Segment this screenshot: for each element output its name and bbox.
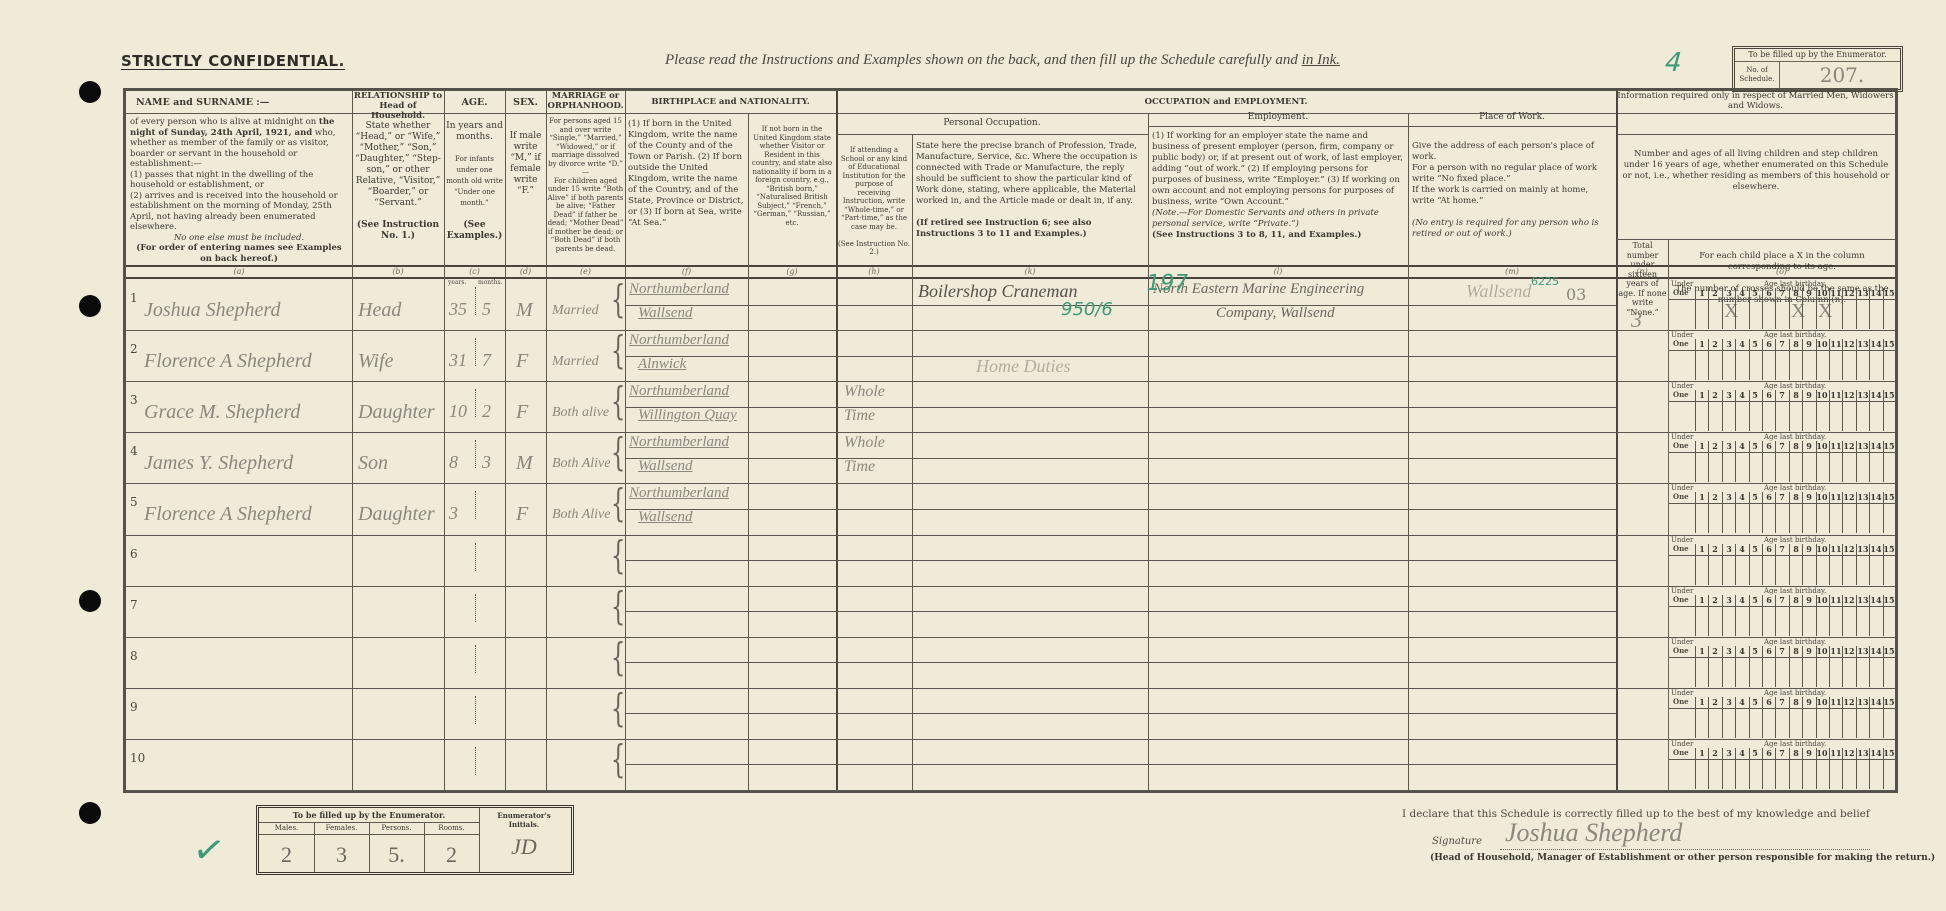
header-children-info: Information required only in respect of … bbox=[1616, 91, 1895, 111]
row-divider bbox=[126, 739, 1895, 740]
instr-employment: (1) If working for an employer state the… bbox=[1152, 131, 1404, 241]
age-divider bbox=[475, 389, 476, 417]
instr-place-of-work: Give the address of each person's place … bbox=[1412, 141, 1612, 240]
one-label: One bbox=[1673, 697, 1689, 706]
age-divider bbox=[475, 440, 476, 468]
person-name: Grace M. Shepherd bbox=[144, 401, 300, 424]
school-attendance-2: Time bbox=[844, 458, 875, 476]
one-label: One bbox=[1673, 288, 1689, 297]
enumerator-box: To be filled up by the Enumerator. Enume… bbox=[256, 805, 574, 875]
age-label: Age last birthday. bbox=[1764, 638, 1826, 646]
check-mark: ✓ bbox=[189, 826, 228, 875]
header-sex: SEX. bbox=[505, 97, 546, 108]
relationship: Daughter bbox=[358, 503, 435, 526]
marriage-status: Both Alive bbox=[552, 456, 610, 472]
age-grid-line bbox=[1669, 657, 1896, 658]
instr-marriage: For persons aged 15 and over write “Sing… bbox=[547, 117, 624, 253]
age-number: 15 bbox=[1879, 697, 1899, 707]
row-divider bbox=[126, 688, 1895, 689]
child-age-grid: UnderOneAge last birthday.12345678910111… bbox=[1668, 382, 1896, 432]
punch-hole bbox=[79, 590, 101, 612]
header-name: NAME and SURNAME :— bbox=[126, 97, 352, 108]
age-divider bbox=[475, 287, 476, 315]
brace-icon: { bbox=[611, 584, 626, 628]
under-label: Under bbox=[1671, 689, 1693, 697]
birth-county: Northumberland bbox=[629, 434, 729, 451]
header-relationship: RELATIONSHIP to Head of Household. bbox=[352, 91, 444, 121]
punch-hole bbox=[79, 295, 101, 317]
household-schedule-table: NAME and SURNAME :— RELATIONSHIP to Head… bbox=[123, 88, 1898, 793]
row-number: 3 bbox=[130, 393, 138, 407]
children-total: 3 bbox=[1631, 307, 1642, 333]
row-divider bbox=[126, 483, 1895, 484]
instr-sex: If male write “M,” if female write “F.” bbox=[507, 131, 544, 197]
child-age-grid: UnderOneAge last birthday.12345678910111… bbox=[1668, 689, 1896, 739]
marriage-status: Both Alive bbox=[552, 507, 610, 523]
brace-icon: { bbox=[611, 686, 626, 730]
header-age: AGE. bbox=[444, 97, 505, 108]
marriage-status: Married bbox=[552, 354, 599, 370]
instr-total-children: Total number under sixteen years of age.… bbox=[1617, 241, 1668, 317]
place-of-work: Wallsend bbox=[1466, 281, 1531, 302]
row-half-divider bbox=[625, 764, 748, 765]
row-half-divider bbox=[748, 611, 1616, 612]
age-number: 15 bbox=[1879, 441, 1899, 451]
instr-age: In years and months.For infants under on… bbox=[446, 121, 503, 242]
row-divider bbox=[126, 535, 1895, 536]
age-label: Age last birthday. bbox=[1764, 331, 1826, 339]
page-title: STRICTLY CONFIDENTIAL. bbox=[121, 52, 345, 70]
row-half-divider bbox=[748, 560, 1616, 561]
marriage-status: Married bbox=[552, 303, 599, 319]
age-number: 15 bbox=[1879, 646, 1899, 656]
personal-occupation: Boilershop Craneman bbox=[918, 281, 1078, 302]
age-grid-line bbox=[1669, 299, 1896, 300]
age-label: Age last birthday. bbox=[1764, 280, 1826, 288]
row-number: 2 bbox=[130, 342, 138, 356]
instr-name: of every person who is alive at midnight… bbox=[130, 117, 348, 264]
under-label: Under bbox=[1671, 638, 1693, 646]
age-years: 31 bbox=[449, 350, 467, 371]
row-half-divider bbox=[748, 713, 1616, 714]
child-age-grid: UnderOneAge last birthday.123X45678X910X… bbox=[1668, 280, 1896, 330]
age-number: 15 bbox=[1879, 339, 1899, 349]
under-label: Under bbox=[1671, 587, 1693, 595]
row-half-divider bbox=[748, 407, 1616, 408]
rooms-count: 2 bbox=[424, 842, 479, 868]
instr-education: If attending a School or any kind of Edu… bbox=[838, 146, 910, 257]
age-number: 15 bbox=[1879, 288, 1899, 298]
row-number: 4 bbox=[130, 444, 138, 458]
row-half-divider bbox=[748, 356, 1616, 357]
age-label: Age last birthday. bbox=[1764, 484, 1826, 492]
age-grid-line bbox=[1669, 452, 1896, 453]
child-age-grid: UnderOneAge last birthday.12345678910111… bbox=[1668, 740, 1896, 790]
instr-nationality: If not born in the United Kingdom state … bbox=[750, 125, 834, 227]
age-grid-line bbox=[1669, 606, 1896, 607]
occupation-code: 950/6 bbox=[1061, 299, 1113, 320]
row-half-divider bbox=[625, 713, 748, 714]
age-months: 2 bbox=[482, 401, 491, 422]
age-years: 3 bbox=[449, 503, 458, 524]
one-label: One bbox=[1673, 441, 1689, 450]
age-years: 8 bbox=[449, 452, 458, 473]
row-half-divider bbox=[625, 662, 748, 663]
signature-note: (Head of Household, Manager of Establish… bbox=[1430, 853, 1935, 863]
employer-name-2: Company, Wallsend bbox=[1216, 305, 1335, 322]
school-attendance: Whole bbox=[844, 434, 885, 452]
person-name: James Y. Shepherd bbox=[144, 452, 293, 475]
age-label: Age last birthday. bbox=[1764, 433, 1826, 441]
age-label: Age last birthday. bbox=[1764, 587, 1826, 595]
age-grid-line bbox=[1669, 555, 1896, 556]
age-label: Age last birthday. bbox=[1764, 689, 1826, 697]
row-half-divider bbox=[748, 509, 1616, 510]
age-label: Age last birthday. bbox=[1764, 382, 1826, 390]
males-count: 2 bbox=[259, 842, 314, 868]
under-label: Under bbox=[1671, 280, 1693, 288]
age-grid-line bbox=[1669, 708, 1896, 709]
employment-code: 197 bbox=[1144, 271, 1190, 296]
age-months: 7 bbox=[482, 350, 491, 371]
signature: Joshua Shepherd bbox=[1505, 818, 1682, 848]
header-marriage: MARRIAGE or ORPHANHOOD. bbox=[546, 91, 625, 111]
age-cell-mark[interactable]: X bbox=[1818, 300, 1832, 323]
one-label: One bbox=[1673, 492, 1689, 501]
under-label: Under bbox=[1671, 536, 1693, 544]
instr-relationship: State whether “Head,” or “Wife,” “Mother… bbox=[354, 121, 442, 242]
census-schedule-page: STRICTLY CONFIDENTIAL. Please read the I… bbox=[0, 0, 1946, 911]
birth-town: Alnwick bbox=[638, 356, 686, 373]
one-label: One bbox=[1673, 748, 1689, 757]
under-label: Under bbox=[1671, 740, 1693, 748]
school-attendance: Whole bbox=[844, 383, 885, 401]
row-number: 6 bbox=[130, 547, 138, 561]
one-label: One bbox=[1673, 390, 1689, 399]
enumerator-initials: JD bbox=[481, 834, 567, 860]
row-divider bbox=[126, 637, 1895, 638]
punch-hole bbox=[79, 81, 101, 103]
under-label: Under bbox=[1671, 433, 1693, 441]
child-age-grid: UnderOneAge last birthday.12345678910111… bbox=[1668, 587, 1896, 637]
brace-icon: { bbox=[611, 533, 626, 577]
instr-occupation: State here the precise branch of Profess… bbox=[916, 141, 1144, 240]
age-months: 5 bbox=[482, 299, 491, 320]
females-count: 3 bbox=[314, 842, 369, 868]
brace-icon: { bbox=[611, 481, 626, 525]
row-number: 9 bbox=[130, 700, 138, 714]
subheader-employment: Employment. bbox=[1148, 112, 1408, 123]
row-number: 1 bbox=[130, 291, 138, 305]
age-number: 15 bbox=[1879, 595, 1899, 605]
row-half-divider bbox=[748, 662, 1616, 663]
signature-line bbox=[1500, 849, 1870, 850]
birth-county: Northumberland bbox=[629, 383, 729, 400]
birth-county: Northumberland bbox=[629, 332, 729, 349]
age-label: Age last birthday. bbox=[1764, 536, 1826, 544]
schedule-number-box: To be filled up by the Enumerator. No. o… bbox=[1732, 46, 1903, 92]
brace-icon: { bbox=[611, 328, 626, 372]
margin-mark: 4 bbox=[1661, 48, 1686, 78]
birth-county: Northumberland bbox=[629, 485, 729, 502]
birth-town: Wallsend bbox=[638, 509, 692, 526]
sex: M bbox=[516, 299, 533, 322]
signature-label: Signature bbox=[1432, 836, 1482, 847]
marriage-status: Both alive bbox=[552, 405, 609, 421]
age-divider bbox=[475, 594, 476, 622]
birth-town: Wallsend bbox=[638, 305, 692, 322]
one-label: One bbox=[1673, 646, 1689, 655]
schedule-number: 207. bbox=[1787, 63, 1897, 87]
age-divider bbox=[475, 543, 476, 571]
child-age-grid: UnderOneAge last birthday.12345678910111… bbox=[1668, 484, 1896, 534]
row-divider bbox=[126, 790, 1895, 791]
row-half-divider bbox=[625, 560, 748, 561]
row-number: 5 bbox=[130, 495, 138, 509]
one-label: One bbox=[1673, 544, 1689, 553]
instr-children: Number and ages of all living children a… bbox=[1620, 149, 1892, 193]
row-half-divider bbox=[748, 764, 1616, 765]
child-age-grid: UnderOneAge last birthday.12345678910111… bbox=[1668, 433, 1896, 483]
age-grid-line bbox=[1669, 350, 1896, 351]
row-half-divider bbox=[625, 611, 748, 612]
age-years: 35 bbox=[449, 299, 467, 320]
age-cell-mark[interactable]: X bbox=[1791, 300, 1805, 323]
sex: F bbox=[516, 401, 528, 424]
age-grid-line bbox=[1669, 503, 1896, 504]
workplace-code-2: 03 bbox=[1566, 285, 1586, 304]
relationship: Daughter bbox=[358, 401, 435, 424]
child-age-grid: UnderOneAge last birthday.12345678910111… bbox=[1668, 331, 1896, 381]
row-divider bbox=[126, 432, 1895, 433]
age-divider bbox=[475, 696, 476, 724]
brace-icon: { bbox=[611, 379, 626, 423]
age-number: 15 bbox=[1879, 492, 1899, 502]
age-number: 15 bbox=[1879, 544, 1899, 554]
workplace-code: 6225 bbox=[1531, 275, 1559, 288]
sex: F bbox=[516, 350, 528, 373]
age-label: Age last birthday. bbox=[1764, 740, 1826, 748]
age-divider bbox=[475, 645, 476, 673]
row-divider bbox=[126, 586, 1895, 587]
row-divider bbox=[126, 381, 1895, 382]
sex: F bbox=[516, 503, 528, 526]
birth-town: Wallsend bbox=[638, 458, 692, 475]
brace-icon: { bbox=[611, 635, 626, 679]
person-name: Florence A Shepherd bbox=[144, 503, 312, 526]
birth-town: Willington Quay bbox=[638, 407, 737, 424]
persons-count: 5. bbox=[369, 842, 424, 868]
age-number: 15 bbox=[1879, 748, 1899, 758]
row-half-divider bbox=[748, 458, 1616, 459]
age-divider bbox=[475, 338, 476, 366]
one-label: One bbox=[1673, 595, 1689, 604]
person-name: Florence A Shepherd bbox=[144, 350, 312, 373]
under-label: Under bbox=[1671, 331, 1693, 339]
row-divider bbox=[126, 330, 1895, 331]
person-name: Joshua Shepherd bbox=[144, 299, 280, 322]
punch-hole bbox=[79, 802, 101, 824]
age-grid-line bbox=[1669, 759, 1896, 760]
age-grid-line bbox=[1669, 401, 1896, 402]
subheader-place-of-work: Place of Work. bbox=[1408, 112, 1616, 123]
under-label: Under bbox=[1671, 484, 1693, 492]
school-attendance-2: Time bbox=[844, 407, 875, 425]
birth-county: Northumberland bbox=[629, 281, 729, 298]
age-months: 3 bbox=[482, 452, 491, 473]
header-birthplace: BIRTHPLACE and NATIONALITY. bbox=[625, 97, 836, 107]
row-half-divider bbox=[748, 305, 1616, 306]
brace-icon: { bbox=[611, 430, 626, 474]
instr-birthplace: (1) If born in the United Kingdom, write… bbox=[628, 119, 746, 229]
child-age-grid: UnderOneAge last birthday.12345678910111… bbox=[1668, 638, 1896, 688]
brace-icon: { bbox=[611, 737, 626, 781]
child-age-grid: UnderOneAge last birthday.12345678910111… bbox=[1668, 536, 1896, 586]
under-label: Under bbox=[1671, 382, 1693, 390]
header-occupation: OCCUPATION and EMPLOYMENT. bbox=[836, 97, 1616, 107]
age-years: 10 bbox=[449, 401, 467, 422]
age-number: 15 bbox=[1879, 390, 1899, 400]
age-cell-mark[interactable]: X bbox=[1724, 300, 1738, 323]
age-divider bbox=[475, 491, 476, 519]
subheader-personal-occupation: Personal Occupation. bbox=[838, 118, 1146, 129]
personal-occupation: Home Duties bbox=[976, 356, 1070, 377]
age-divider bbox=[475, 747, 476, 775]
row-number: 10 bbox=[130, 751, 145, 765]
instructions-line: Please read the Instructions and Example… bbox=[665, 52, 1340, 69]
relationship: Head bbox=[358, 299, 401, 322]
sex: M bbox=[516, 452, 533, 475]
relationship: Wife bbox=[358, 350, 394, 373]
relationship: Son bbox=[358, 452, 388, 475]
row-number: 7 bbox=[130, 598, 138, 612]
brace-icon: { bbox=[611, 277, 626, 321]
row-number: 8 bbox=[130, 649, 138, 663]
one-label: One bbox=[1673, 339, 1689, 348]
